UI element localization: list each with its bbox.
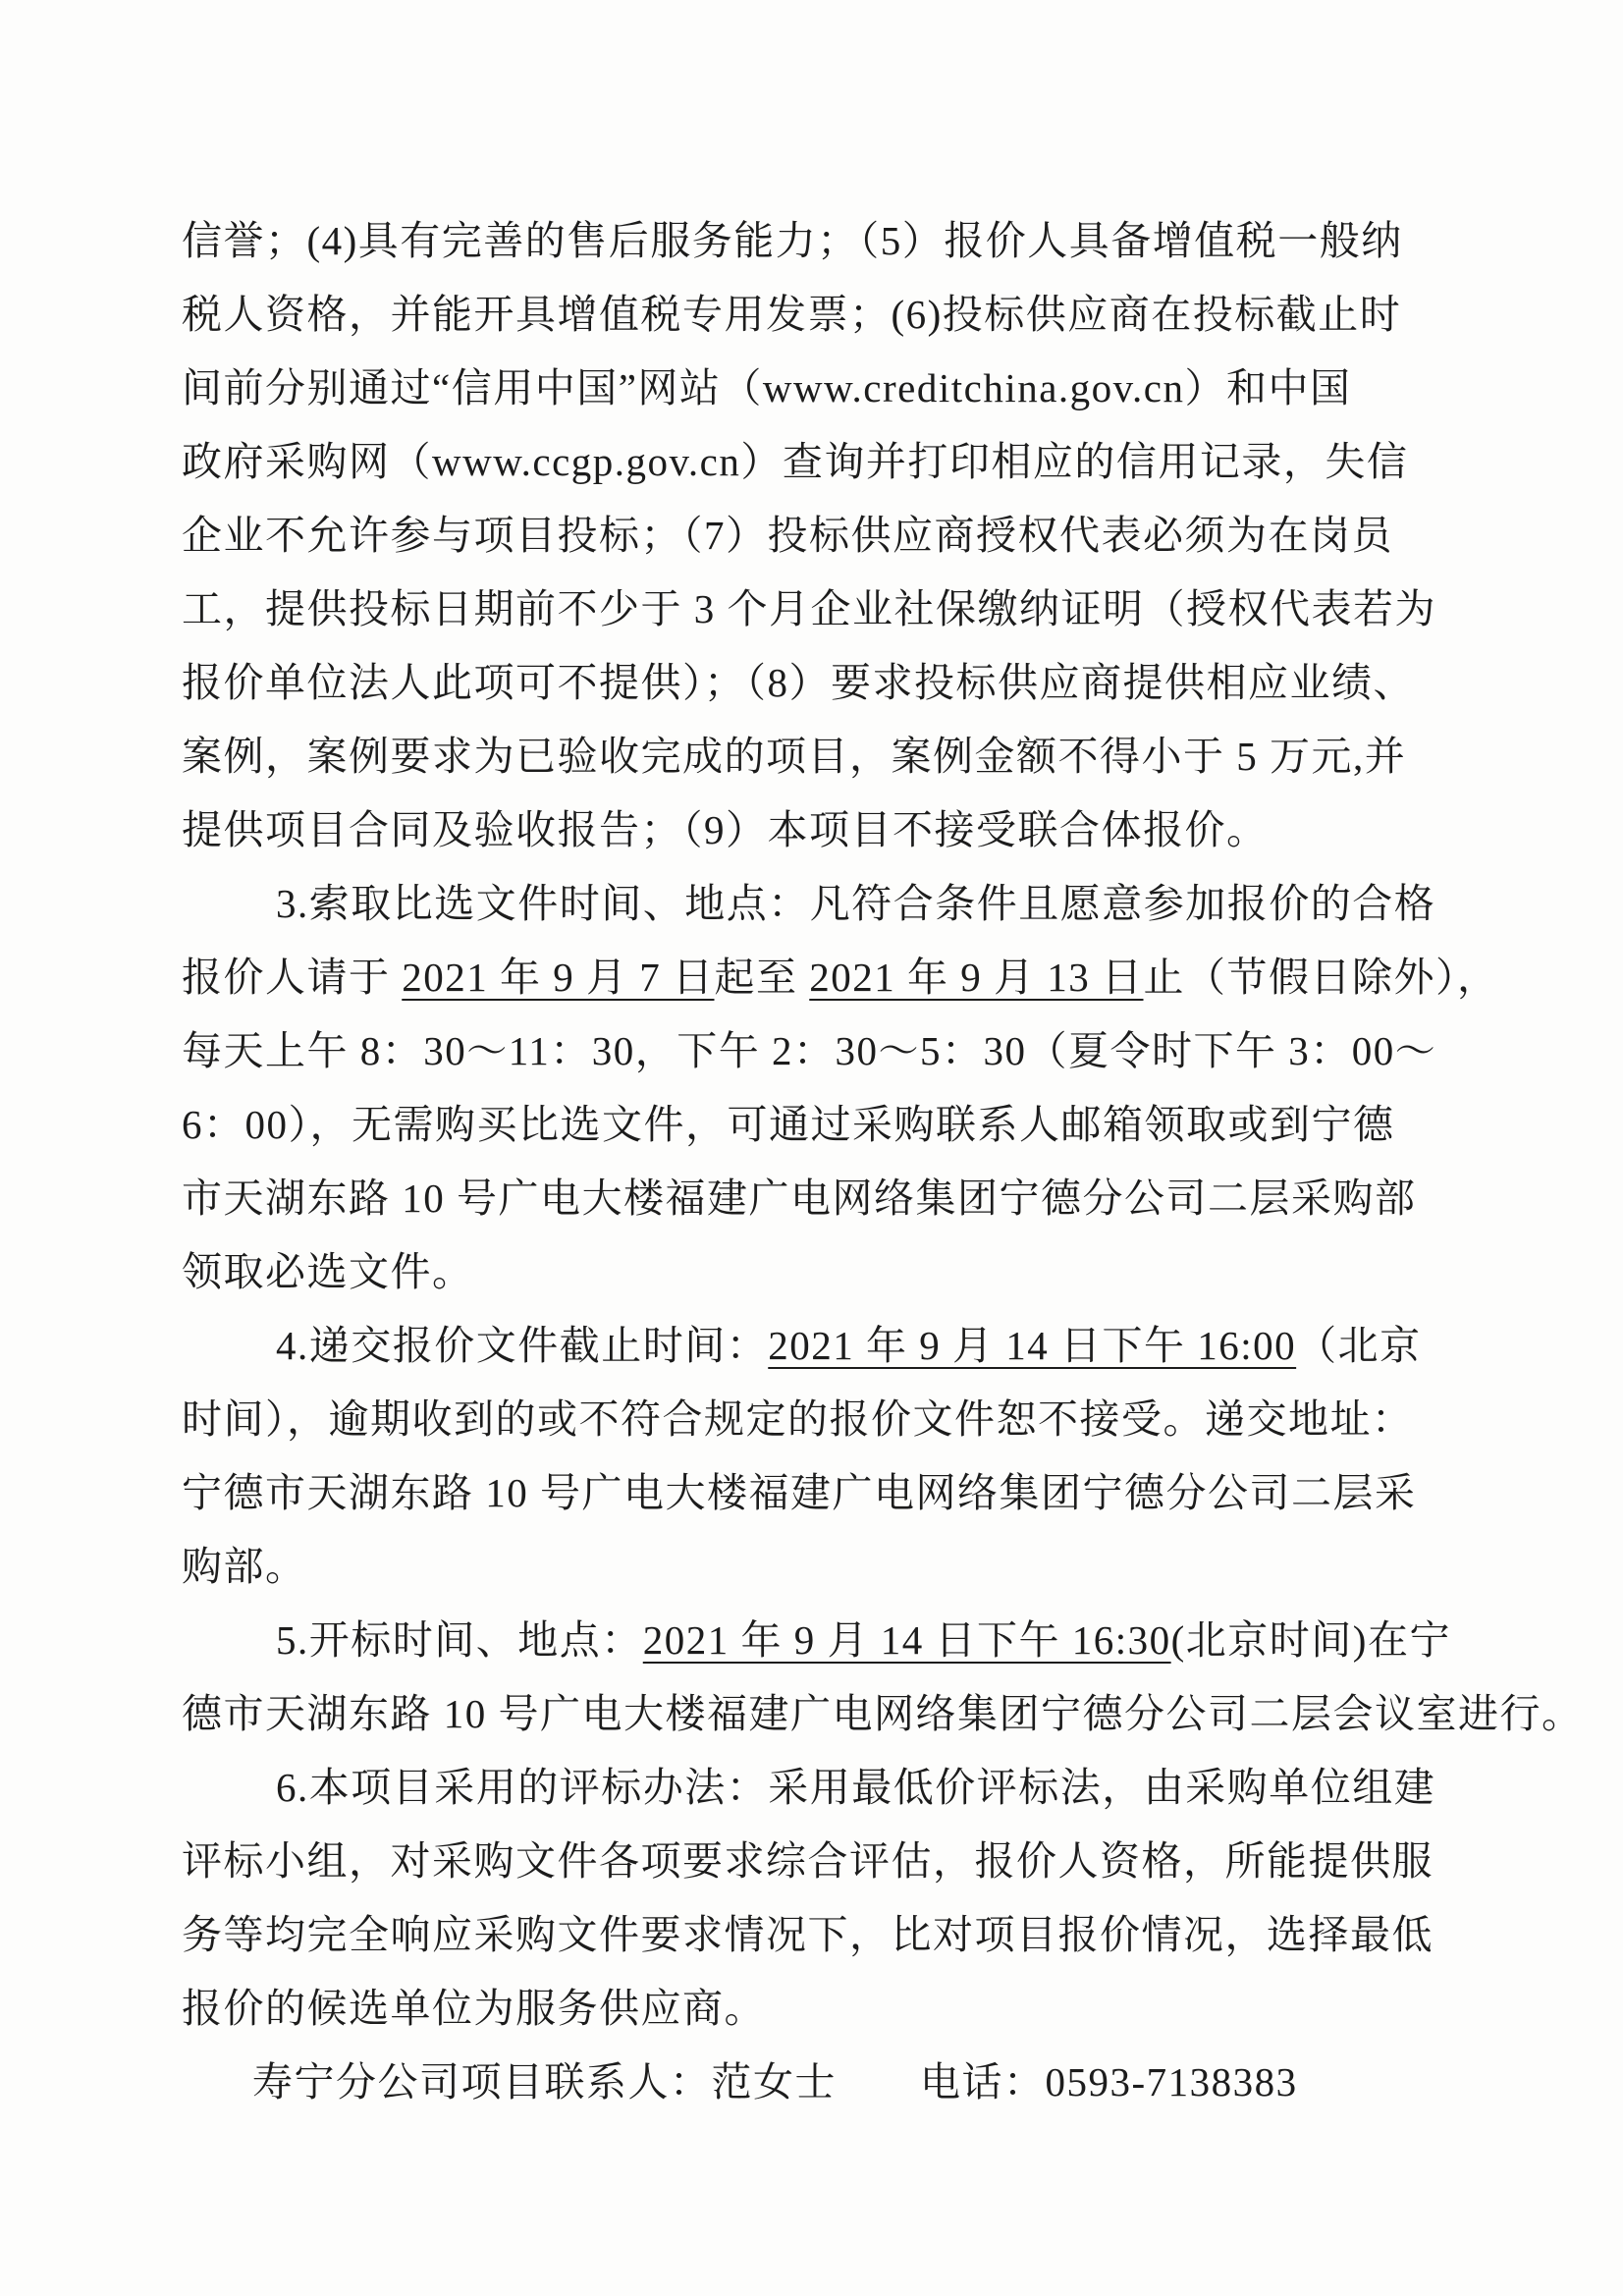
document-line: 报价单位法人此项可不提供）；（8）要求投标供应商提供相应业绩、	[182, 646, 1463, 720]
line-text: 领取必选文件。	[182, 1249, 474, 1294]
document-line: 购部。	[182, 1530, 1463, 1604]
line-text: 起至	[715, 955, 810, 1000]
line-text: 案例，案例要求为已验收完成的项目，案例金额不得小于 5 万元,并	[182, 734, 1406, 779]
line-text: 报价人请于	[182, 955, 402, 1000]
line-text: 间前分别通过“信用中国”网站（www.creditchina.gov.cn）和中…	[182, 365, 1351, 410]
line-text: 工，提供投标日期前不少于 3 个月企业社保缴纳证明（授权代表若为	[182, 586, 1436, 631]
document-line: 案例，案例要求为已验收完成的项目，案例金额不得小于 5 万元,并	[182, 720, 1463, 793]
underlined-date-text: 2021 年 9 月 13 日	[809, 955, 1143, 1000]
line-text: 购部。	[182, 1544, 307, 1589]
document-line: 务等均完全响应采购文件要求情况下，比对项目报价情况，选择最低	[182, 1898, 1463, 1972]
line-text: 企业不允许参与项目投标；（7）投标供应商授权代表必须为在岗员	[182, 513, 1393, 558]
line-text: 6：00），无需购买比选文件，可通过采购联系人邮箱领取或到宁德	[182, 1102, 1395, 1147]
document-line: 6.本项目采用的评标办法：采用最低价评标法，由采购单位组建	[182, 1751, 1463, 1825]
document-line: 报价人请于 2021 年 9 月 7 日起至 2021 年 9 月 13 日止（…	[182, 941, 1463, 1014]
document-line: 5.开标时间、地点：2021 年 9 月 14 日下午 16:30(北京时间)在…	[182, 1604, 1463, 1677]
document-line: 间前分别通过“信用中国”网站（www.creditchina.gov.cn）和中…	[182, 352, 1463, 425]
line-text: 提供项目合同及验收报告；（9）本项目不接受联合体报价。	[182, 807, 1269, 852]
line-text: 政府采购网（www.ccgp.gov.cn）查询并打印相应的信用记录，失信	[182, 439, 1408, 484]
document-line: 4.递交报价文件截止时间：2021 年 9 月 14 日下午 16:00（北京	[182, 1309, 1463, 1383]
line-text: 税人资格，并能开具增值税专用发票；(6)投标供应商在投标截止时	[182, 292, 1401, 337]
document-line: 市天湖东路 10 号广电大楼福建广电网络集团宁德分公司二层采购部	[182, 1162, 1463, 1235]
document-line: 寿宁分公司项目联系人：范女士 电话：0593-7138383	[182, 2046, 1463, 2119]
line-text: （北京	[1296, 1323, 1422, 1368]
document-line: 报价的候选单位为服务供应商。	[182, 1972, 1463, 2046]
document-line: 6：00），无需购买比选文件，可通过采购联系人邮箱领取或到宁德	[182, 1088, 1463, 1162]
document-line: 税人资格，并能开具增值税专用发票；(6)投标供应商在投标截止时	[182, 278, 1463, 352]
line-text: 市天湖东路 10 号广电大楼福建广电网络集团宁德分公司二层采购部	[182, 1175, 1417, 1221]
document-line: 企业不允许参与项目投标；（7）投标供应商授权代表必须为在岗员	[182, 499, 1463, 573]
line-text: (北京时间)在宁	[1171, 1617, 1451, 1663]
underlined-date-text: 2021 年 9 月 14 日下午 16:30	[643, 1617, 1171, 1663]
document-line: 评标小组，对采购文件各项要求综合评估，报价人资格，所能提供服	[182, 1825, 1463, 1898]
document-line: 3.索取比选文件时间、地点：凡符合条件且愿意参加报价的合格	[182, 867, 1463, 941]
document-line: 信誉；(4)具有完善的售后服务能力；（5）报价人具备增值税一般纳	[182, 204, 1463, 278]
line-text: 德市天湖东路 10 号广电大楼福建广电网络集团宁德分公司二层会议室进行。	[182, 1691, 1584, 1736]
line-text: 报价的候选单位为服务供应商。	[182, 1986, 766, 2031]
line-text: 寿宁分公司项目联系人：范女士 电话：0593-7138383	[252, 2059, 1298, 2105]
line-text: 信誉；(4)具有完善的售后服务能力；（5）报价人具备增值税一般纳	[182, 218, 1403, 263]
line-text: 5.开标时间、地点：	[276, 1617, 643, 1663]
line-text: 报价单位法人此项可不提供）；（8）要求投标供应商提供相应业绩、	[182, 660, 1415, 705]
document-body: 信誉；(4)具有完善的售后服务能力；（5）报价人具备增值税一般纳税人资格，并能开…	[182, 204, 1463, 2119]
line-text: 6.本项目采用的评标办法：采用最低价评标法，由采购单位组建	[276, 1765, 1435, 1810]
line-text: 3.索取比选文件时间、地点：凡符合条件且愿意参加报价的合格	[276, 881, 1435, 926]
document-page: 信誉；(4)具有完善的售后服务能力；（5）报价人具备增值税一般纳税人资格，并能开…	[0, 0, 1623, 2296]
line-text: 宁德市天湖东路 10 号广电大楼福建广电网络集团宁德分公司二层采	[182, 1470, 1417, 1515]
line-text: 4.递交报价文件截止时间：	[276, 1323, 768, 1368]
line-text: 每天上午 8：30～11：30，下午 2：30～5：30（夏令时下午 3：00～	[182, 1028, 1436, 1073]
document-line: 领取必选文件。	[182, 1235, 1463, 1309]
document-line: 政府采购网（www.ccgp.gov.cn）查询并打印相应的信用记录，失信	[182, 425, 1463, 499]
line-text: 止（节假日除外），	[1144, 955, 1499, 1000]
document-line: 时间），逾期收到的或不符合规定的报价文件恕不接受。递交地址：	[182, 1383, 1463, 1456]
underlined-date-text: 2021 年 9 月 7 日	[402, 955, 714, 1000]
document-line: 提供项目合同及验收报告；（9）本项目不接受联合体报价。	[182, 793, 1463, 867]
document-line: 德市天湖东路 10 号广电大楼福建广电网络集团宁德分公司二层会议室进行。	[182, 1677, 1463, 1751]
line-text: 务等均完全响应采购文件要求情况下，比对项目报价情况，选择最低	[182, 1912, 1434, 1957]
line-text: 评标小组，对采购文件各项要求综合评估，报价人资格，所能提供服	[182, 1838, 1434, 1884]
document-line: 宁德市天湖东路 10 号广电大楼福建广电网络集团宁德分公司二层采	[182, 1456, 1463, 1530]
underlined-date-text: 2021 年 9 月 14 日下午 16:00	[768, 1323, 1296, 1368]
document-line: 每天上午 8：30～11：30，下午 2：30～5：30（夏令时下午 3：00～	[182, 1014, 1463, 1088]
line-text: 时间），逾期收到的或不符合规定的报价文件恕不接受。递交地址：	[182, 1396, 1414, 1442]
document-line: 工，提供投标日期前不少于 3 个月企业社保缴纳证明（授权代表若为	[182, 573, 1463, 646]
